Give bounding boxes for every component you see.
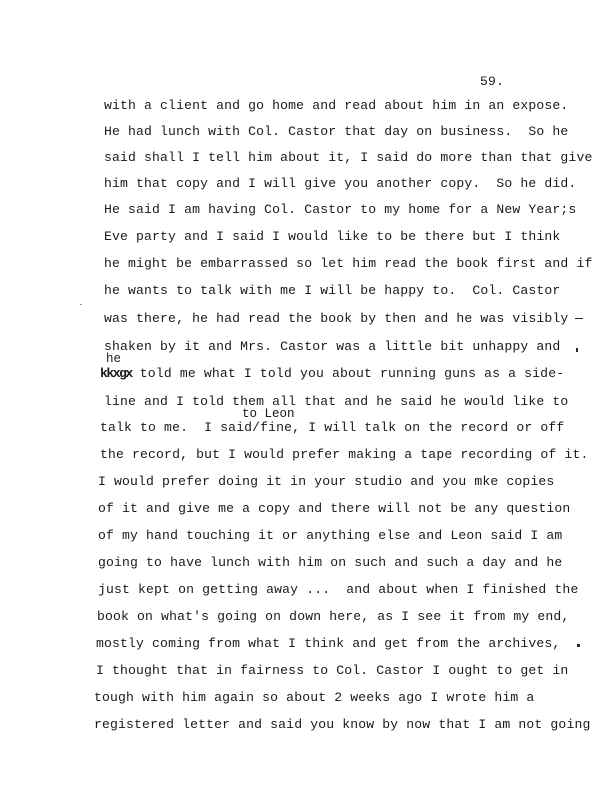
text-line: him that copy and I will give you anothe… (104, 177, 576, 190)
text-line: mostly coming from what I think and get … (96, 637, 560, 650)
text-line: with a client and go home and read about… (104, 99, 568, 112)
interlinear-insertion: to Leon (242, 408, 295, 421)
margin-mark (576, 348, 578, 352)
text-line: talk to me. I said/fine, I will talk on … (100, 421, 564, 434)
struck-out-text: kkxgx (100, 366, 132, 381)
text-line: He said I am having Col. Castor to my ho… (104, 203, 576, 216)
text-line: just kept on getting away ... and about … (98, 583, 578, 596)
text-line: was there, he had read the book by then … (104, 312, 568, 325)
text-line: He had lunch with Col. Castor that day o… (104, 125, 568, 138)
margin-mark (577, 644, 580, 647)
text-line: he might be embarrassed so let him read … (104, 257, 592, 270)
text-line: Eve party and I said I would like to be … (104, 230, 560, 243)
page-number: 59. (480, 74, 504, 89)
text-line: line and I told them all that and he sai… (104, 395, 568, 408)
text-line: said shall I tell him about it, I said d… (104, 151, 592, 164)
text-line: of it and give me a copy and there will … (98, 502, 570, 515)
text-line: book on what's going on down here, as I … (97, 610, 569, 623)
text-line: I would prefer doing it in your studio a… (98, 475, 554, 488)
text-line: tough with him again so about 2 weeks ag… (94, 691, 534, 704)
document-page: 59. with a client and go home and read a… (0, 0, 612, 791)
text-line: of my hand touching it or anything else … (98, 529, 562, 542)
interlinear-insertion: he (106, 353, 121, 366)
text-line-remainder: told me what I told you about running gu… (132, 366, 564, 381)
text-line: registered letter and said you know by n… (94, 718, 590, 731)
text-line: going to have lunch with him on such and… (98, 556, 562, 569)
margin-mark (575, 318, 583, 319)
text-line: he wants to talk with me I will be happy… (104, 284, 560, 297)
margin-speck (80, 304, 82, 305)
text-line: the record, but I would prefer making a … (100, 448, 588, 461)
text-line: I thought that in fairness to Col. Casto… (96, 664, 568, 677)
text-line: shaken by it and Mrs. Castor was a littl… (104, 340, 560, 353)
text-line-with-strikeover: kkxgx told me what I told you about runn… (100, 367, 564, 380)
